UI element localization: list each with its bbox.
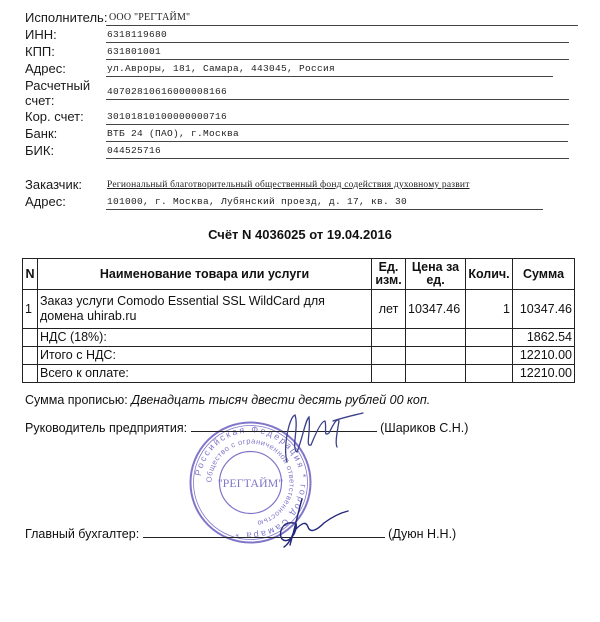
accountant-name: (Дуюн Н.Н.): [388, 527, 456, 541]
sum-in-words-label: Сумма прописью:: [25, 393, 128, 407]
col-header-sum: Сумма: [512, 259, 574, 290]
director-label: Руководитель предприятия:: [25, 421, 187, 435]
underline: [106, 25, 578, 26]
kpp-value: 631801001: [107, 46, 161, 58]
bank-value: ВТБ 24 (ПАО), г.Москва: [107, 128, 239, 140]
totals-row-total-with-vat: Итого с НДС: 12210.00: [23, 347, 575, 365]
totals-row-vat: НДС (18%): 1862.54: [23, 329, 575, 347]
underline: [106, 59, 569, 60]
col-header-qty: Колич.: [466, 259, 513, 290]
col-header-unit: Ед. изм.: [372, 259, 406, 290]
empty-cell: [406, 329, 466, 347]
empty-cell: [466, 347, 513, 365]
field-label: Расчетный счет:: [25, 78, 105, 108]
underline: [106, 209, 543, 210]
field-label: Банк:: [25, 126, 57, 141]
table-header-row: N Наименование товара или услуги Ед. изм…: [23, 259, 575, 290]
col-header-price: Цена за ед.: [406, 259, 466, 290]
empty-cell: [23, 365, 38, 383]
empty-cell: [372, 365, 406, 383]
underline: [106, 76, 553, 77]
field-label: ИНН:: [25, 27, 57, 42]
totals-row-grand-total: Всего к оплате: 12210.00: [23, 365, 575, 383]
inn-value: 6318119680: [107, 29, 167, 41]
director-signature-row: Руководитель предприятия: (Шариков С.Н.): [25, 421, 468, 435]
invoice-title: Счёт N 4036025 от 19.04.2016: [0, 227, 600, 242]
col-header-n: N: [23, 259, 38, 290]
field-label: Адрес:: [25, 194, 66, 209]
field-label: БИК:: [25, 143, 54, 158]
field-label: Адрес:: [25, 61, 66, 76]
director-name: (Шариков С.Н.): [380, 421, 468, 435]
totals-label: НДС (18%):: [37, 329, 371, 347]
empty-cell: [466, 329, 513, 347]
customer-address-value: 101000, г. Москва, Лубянский проезд, д. …: [107, 196, 407, 208]
field-label: КПП:: [25, 44, 55, 59]
empty-cell: [406, 347, 466, 365]
cell-n: 1: [23, 290, 38, 329]
totals-value: 1862.54: [512, 329, 574, 347]
field-label: Заказчик:: [25, 177, 82, 192]
col-header-name: Наименование товара или услуги: [37, 259, 371, 290]
table-row: 1 Заказ услуги Comodo Essential SSL Wild…: [23, 290, 575, 329]
accountant-signature-icon: [272, 493, 352, 548]
underline: [106, 141, 568, 142]
totals-value: 12210.00: [512, 365, 574, 383]
invoice-table: N Наименование товара или услуги Ед. изм…: [22, 258, 575, 383]
empty-cell: [23, 347, 38, 365]
cell-unit: лет: [372, 290, 406, 329]
underline: [106, 99, 569, 100]
empty-cell: [372, 329, 406, 347]
stamp-center-text: "РЕГТАЙМ": [218, 476, 284, 490]
empty-cell: [23, 329, 38, 347]
director-signature-icon: [275, 407, 365, 467]
empty-cell: [406, 365, 466, 383]
empty-cell: [372, 347, 406, 365]
sum-in-words: Сумма прописью: Двенадцать тысяч двести …: [25, 393, 430, 407]
accountant-label: Главный бухгалтер:: [25, 527, 139, 541]
cell-name: Заказ услуги Comodo Essential SSL WildCa…: [37, 290, 371, 329]
customer-name-value: Региональный благотворительный обществен…: [107, 179, 470, 191]
totals-label: Всего к оплате:: [37, 365, 371, 383]
account-value: 40702810616000008166: [107, 86, 227, 98]
field-label: Кор. счет:: [25, 109, 84, 124]
executor-value: ООО "РЕГТАЙМ": [109, 12, 190, 24]
totals-label: Итого с НДС:: [37, 347, 371, 365]
field-label: Исполнитель:: [25, 10, 107, 25]
cell-sum: 10347.46: [512, 290, 574, 329]
address-value: ул.Авроры, 181, Самара, 443045, Россия: [107, 63, 335, 75]
underline: [106, 158, 569, 159]
accountant-signature-row: Главный бухгалтер: (Дуюн Н.Н.): [25, 527, 456, 541]
bik-value: 044525716: [107, 145, 161, 157]
cell-qty: 1: [466, 290, 513, 329]
sum-in-words-value: Двенадцать тысяч двести десять рублей 00…: [131, 393, 430, 407]
underline: [106, 42, 569, 43]
cell-price: 10347.46: [406, 290, 466, 329]
empty-cell: [466, 365, 513, 383]
totals-value: 12210.00: [512, 347, 574, 365]
underline: [106, 124, 569, 125]
corr-account-value: 30101810100000000716: [107, 111, 227, 123]
